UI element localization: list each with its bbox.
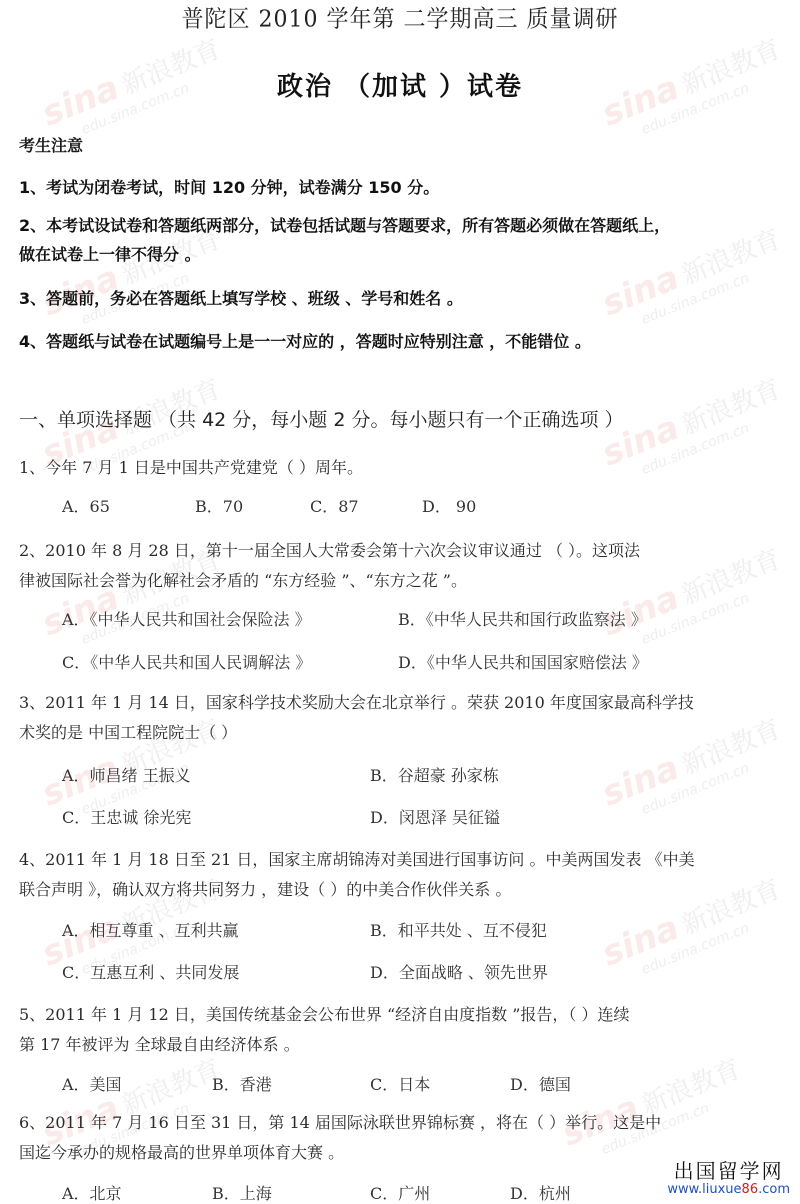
question-6-stem: 国迄今承办的规格最高的世界单项体育大赛 。 xyxy=(19,1140,344,1163)
question-3-option-d: D．闵恩泽 吴征镒 xyxy=(370,805,500,828)
question-5-option-c: C．日本 xyxy=(370,1072,430,1095)
notice-item: 4、答题纸与试卷在试题编号上是一一对应的 ，答题时应特别注意 ，不能错位 。 xyxy=(19,329,591,352)
question-1-option-d: D． 90 xyxy=(422,494,476,517)
question-3-option-b: B．谷超豪 孙家栋 xyxy=(370,763,499,786)
question-1-stem: 1、今年 7 月 1 日是中国共产党建党（ ）周年。 xyxy=(19,455,363,478)
question-3-stem: 3、2011 年 1 月 14 日，国家科学技术奖励大会在北京举行 。荣获 20… xyxy=(19,690,694,713)
question-5-option-a: A．美国 xyxy=(62,1072,122,1095)
question-5-stem: 第 17 年被评为 全球最自由经济体系 。 xyxy=(19,1032,300,1055)
question-4-option-c: C．互惠互利 、共同发展 xyxy=(62,960,239,983)
sina-watermark: sina 新浪教育edu.sina.com.cn xyxy=(596,867,791,989)
sina-watermark: sina 新浪教育edu.sina.com.cn xyxy=(596,367,791,489)
question-2-option-a: A．《中华人民共和国社会保险法 》 xyxy=(62,607,311,630)
question-6-stem: 6、2011 年 7 月 16 日至 31 日，第 14 届国际泳联世界锦标赛 … xyxy=(19,1110,661,1133)
question-5-option-b: B．香港 xyxy=(212,1072,272,1095)
sina-watermark: sina 新浪教育edu.sina.com.cn xyxy=(596,707,791,829)
question-4-option-b: B．和平共处 、互不侵犯 xyxy=(370,918,547,941)
notice-item: 1、考试为闭卷考试，时间 120 分钟，试卷满分 150 分。 xyxy=(19,175,439,198)
sina-watermark: sina 新浪教育edu.sina.com.cn xyxy=(556,1047,751,1169)
site-badge: 出国留学网 www.liuxue86.com xyxy=(667,1160,790,1198)
question-6-option-c: C．广州 xyxy=(370,1181,430,1204)
question-4-stem: 4、2011 年 1 月 18 日至 21 日，国家主席胡锦涛对美国进行国事访问… xyxy=(19,847,695,870)
question-2-stem: 律被国际社会誉为化解社会矛盾的 “东方经验 ”、“东方之花 ”。 xyxy=(19,568,467,591)
exam-subtitle: 政治 （加试 ）试卷 xyxy=(0,66,800,103)
question-5-option-d: D．德国 xyxy=(510,1072,571,1095)
exam-page: sina 新浪教育edu.sina.com.cn sina 新浪教育edu.si… xyxy=(0,0,800,1204)
notice-item: 2、本考试设试卷和答题纸两部分，试卷包括试题与答题要求，所有答题必须做在答题纸上… xyxy=(19,213,670,236)
question-3-stem: 术奖的是 中国工程院院士（ ） xyxy=(19,720,237,743)
question-3-option-a: A．师昌绪 王振义 xyxy=(62,763,191,786)
notice-item: 做在试卷上一律不得分 。 xyxy=(19,242,201,265)
question-6-option-d: D．杭州 xyxy=(510,1181,571,1204)
question-1-option-c: C．87 xyxy=(310,494,359,517)
question-2-option-c: C．《中华人民共和国人民调解法 》 xyxy=(62,650,311,673)
question-2-stem: 2、2010 年 8 月 28 日，第十一届全国人大常委会第十六次会议审议通过 … xyxy=(19,538,640,561)
notice-item: 3、答题前，务必在答题纸上填写学校 、班级 、学号和姓名 。 xyxy=(19,286,463,309)
question-1-option-b: B．70 xyxy=(195,494,243,517)
question-6-option-b: B．上海 xyxy=(212,1181,272,1204)
question-1-option-a: A．65 xyxy=(62,494,110,517)
site-badge-name: 出国留学网 xyxy=(667,1160,790,1182)
question-3-option-c: C．王忠诚 徐光宪 xyxy=(62,805,191,828)
question-4-option-a: A．相互尊重 、互利共赢 xyxy=(62,918,239,941)
question-4-stem: 联合声明 》，确认双方将共同努力 ，建设（ ）的中美合作伙伴关系 。 xyxy=(19,877,511,900)
question-2-option-d: D．《中华人民共和国国家赔偿法 》 xyxy=(398,650,648,673)
question-5-stem: 5、2011 年 1 月 12 日，美国传统基金会公布世界 “经济自由度指数 ”… xyxy=(19,1002,630,1025)
notice-heading: 考生注意 xyxy=(19,133,83,156)
site-badge-url: www.liuxue86.com xyxy=(667,1182,790,1198)
section-heading: 一、单项选择题 （共 42 分，每小题 2 分。每小题只有一个正确选项 ） xyxy=(19,405,624,432)
question-4-option-d: D．全面战略 、领先世界 xyxy=(370,960,548,983)
exam-title: 普陀区 2010 学年第 二学期高三 质量调研 xyxy=(0,1,800,34)
question-2-option-b: B．《中华人民共和国行政监察法 》 xyxy=(398,607,647,630)
question-6-option-a: A．北京 xyxy=(62,1181,122,1204)
